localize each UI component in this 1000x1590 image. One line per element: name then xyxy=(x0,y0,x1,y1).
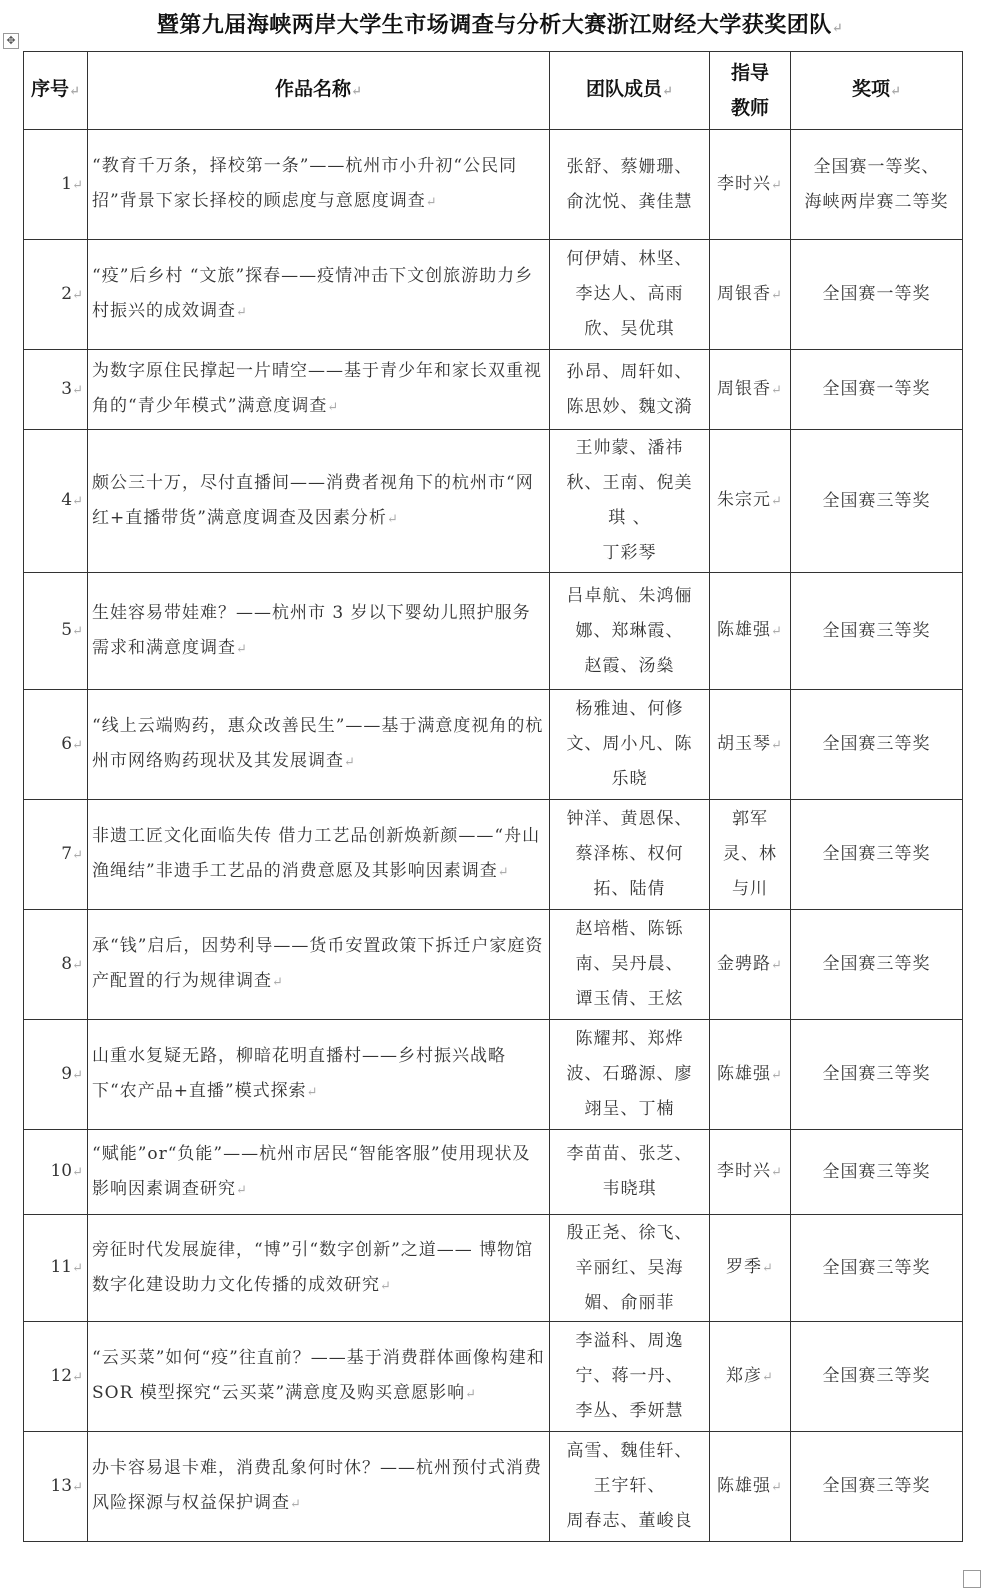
team-members-cell: 王帅蒙、潘祎秋、王南、倪美琪 、丁彩琴 xyxy=(550,430,710,573)
paragraph-mark-icon: ↵ xyxy=(72,1480,83,1495)
teacher-cell: 陈雄强↵ xyxy=(710,1020,791,1130)
award-cell: 全国赛三等奖 xyxy=(791,690,963,800)
teacher-cell: 郭军灵、林与川 xyxy=(710,800,791,910)
team-members-cell: 钟洋、黄恩保、蔡泽栋、权何拓、陆倩 xyxy=(550,800,710,910)
teacher-name: 周银香 xyxy=(717,284,771,304)
paragraph-mark-icon: ↵ xyxy=(236,642,248,657)
row-number: 6 xyxy=(61,734,72,754)
table-row: 1↵“教育千万条，择校第一条”——杭州市小升初“公民同招”背景下家长择校的顾虑度… xyxy=(24,130,963,240)
team-members-line: 吕卓航、朱鸿俪 xyxy=(554,579,705,614)
award-cell: 全国赛三等奖 xyxy=(791,910,963,1020)
header-members: 团队成员↵ xyxy=(550,52,710,130)
teacher-name: 陈雄强 xyxy=(717,620,771,640)
award-cell: 全国赛三等奖 xyxy=(791,1322,963,1432)
award-cell: 全国赛一等奖 xyxy=(791,350,963,430)
row-number: 11 xyxy=(50,1257,72,1277)
row-number: 9 xyxy=(61,1064,72,1084)
team-members-line: 媚、俞丽菲 xyxy=(554,1286,705,1321)
team-members-line: 李丛、季妍慧 xyxy=(554,1394,705,1429)
award-line: 全国赛三等奖 xyxy=(795,1251,958,1286)
document-title: 暨第九届海峡两岸大学生市场调查与分析大赛浙江财经大学获奖团队↵ xyxy=(0,8,1000,39)
teacher-name: 周银香 xyxy=(717,379,771,399)
teacher-name-line: 郭军 xyxy=(714,802,786,837)
paragraph-mark-icon: ↵ xyxy=(771,1165,783,1180)
paragraph-mark-icon: ↵ xyxy=(290,1497,302,1512)
row-number-cell: 3↵ xyxy=(24,350,88,430)
award-line: 全国赛一等奖、 xyxy=(795,150,958,185)
row-number-cell: 9↵ xyxy=(24,1020,88,1130)
row-number: 1 xyxy=(61,174,72,194)
row-number-cell: 12↵ xyxy=(24,1322,88,1432)
team-members-line: 俞沈悦、龚佳慧 xyxy=(554,185,705,220)
award-line: 海峡两岸赛二等奖 xyxy=(795,185,958,220)
team-members-line: 殷正尧、徐飞、 xyxy=(554,1216,705,1251)
award-cell: 全国赛一等奖 xyxy=(791,240,963,350)
work-title-cell: 承“钱”启后，因势利导——货币安置政策下拆迁户家庭资产配置的行为规律调查↵ xyxy=(88,910,550,1020)
row-number: 4 xyxy=(61,490,72,510)
row-number: 3 xyxy=(61,379,72,399)
row-number: 5 xyxy=(61,620,72,640)
team-members-line: 南、吴丹晨、 xyxy=(554,947,705,982)
awards-table: 序号↵ 作品名称↵ 团队成员↵ 指导教师 奖项↵ 1↵“教育千万条，择校第一条”… xyxy=(23,51,963,1542)
paragraph-mark-icon: ↵ xyxy=(387,512,399,527)
teacher-name-line: 与川 xyxy=(714,872,786,907)
row-number: 7 xyxy=(61,844,72,864)
paragraph-mark-icon: ↵ xyxy=(426,195,438,210)
team-members-line: 李达人、高雨 xyxy=(554,277,705,312)
work-title: 生娃容易带娃难？——杭州市 3 岁以下婴幼儿照护服务需求和满意度调查 xyxy=(92,603,531,658)
team-members-line: 琪 、 xyxy=(554,501,705,536)
team-members-line: 李溢科、周逸 xyxy=(554,1324,705,1359)
team-members-line: 蔡泽栋、权何 xyxy=(554,837,705,872)
table-row: 4↵颇公三十万，尽付直播间——消费者视角下的杭州市“网红+直播带货”满意度调查及… xyxy=(24,430,963,573)
work-title-cell: “教育千万条，择校第一条”——杭州市小升初“公民同招”背景下家长择校的顾虑度与意… xyxy=(88,130,550,240)
row-number-cell: 2↵ xyxy=(24,240,88,350)
paragraph-mark-icon: ↵ xyxy=(72,624,83,639)
table-row: 12↵“云买菜”如何“疫”往直前？——基于消费群体画像构建和 SOR 模型探究“… xyxy=(24,1322,963,1432)
teacher-name: 李时兴 xyxy=(717,174,771,194)
award-line: 全国赛三等奖 xyxy=(795,484,958,519)
paragraph-mark-icon: ↵ xyxy=(236,305,248,320)
row-number-cell: 7↵ xyxy=(24,800,88,910)
team-members-line: 谭玉倩、王炫 xyxy=(554,982,705,1017)
work-title-cell: 办卡容易退卡难，消费乱象何时休？——杭州预付式消费风险探源与权益保护调查↵ xyxy=(88,1432,550,1542)
teacher-cell: 罗季↵ xyxy=(710,1215,791,1322)
team-members-line: 丁彩琴 xyxy=(554,536,705,571)
header-no: 序号↵ xyxy=(24,52,88,130)
work-title: “赋能”or“负能”——杭州市居民“智能客服”使用现状及影响因素调查研究 xyxy=(92,1144,531,1199)
award-cell: 全国赛三等奖 xyxy=(791,1130,963,1215)
table-row: 13↵办卡容易退卡难，消费乱象何时休？——杭州预付式消费风险探源与权益保护调查↵… xyxy=(24,1432,963,1542)
paragraph-mark-icon: ↵ xyxy=(236,1183,248,1198)
document-title-text: 暨第九届海峡两岸大学生市场调查与分析大赛浙江财经大学获奖团队 xyxy=(157,12,832,38)
row-number: 12 xyxy=(50,1366,72,1386)
team-members-line: 文、周小凡、陈 xyxy=(554,727,705,762)
paragraph-mark-icon: ↵ xyxy=(771,288,783,303)
teacher-cell: 周银香↵ xyxy=(710,240,791,350)
teacher-cell: 郑彦↵ xyxy=(710,1322,791,1432)
paragraph-mark-icon: ↵ xyxy=(72,1261,83,1276)
teacher-cell: 李时兴↵ xyxy=(710,130,791,240)
work-title: 颇公三十万，尽付直播间——消费者视角下的杭州市“网红+直播带货”满意度调查及因素… xyxy=(92,473,534,528)
table-body: 1↵“教育千万条，择校第一条”——杭州市小升初“公民同招”背景下家长择校的顾虑度… xyxy=(24,130,963,1542)
paragraph-mark-icon: ↵ xyxy=(762,1370,774,1385)
paragraph-mark-icon: ↵ xyxy=(72,1165,83,1180)
table-row: 8↵承“钱”启后，因势利导——货币安置政策下拆迁户家庭资产配置的行为规律调查↵赵… xyxy=(24,910,963,1020)
teacher-cell: 胡玉琴↵ xyxy=(710,690,791,800)
work-title: 非遗工匠文化面临失传 借力工艺品创新焕新颜——“舟山渔绳结”非遗手工艺品的消费意… xyxy=(92,826,540,881)
row-number-cell: 1↵ xyxy=(24,130,88,240)
work-title: 承“钱”启后，因势利导——货币安置政策下拆迁户家庭资产配置的行为规律调查 xyxy=(92,936,543,991)
paragraph-mark-icon: ↵ xyxy=(344,755,356,770)
row-number: 2 xyxy=(61,284,72,304)
paragraph-mark-icon: ↵ xyxy=(771,494,783,509)
team-members-line: 高雪、魏佳轩、 xyxy=(554,1434,705,1469)
team-members-line: 宁、蒋一丹、 xyxy=(554,1359,705,1394)
paragraph-mark-icon: ↵ xyxy=(498,865,510,880)
paragraph-mark-icon: ↵ xyxy=(72,494,83,509)
table-row: 7↵非遗工匠文化面临失传 借力工艺品创新焕新颜——“舟山渔绳结”非遗手工艺品的消… xyxy=(24,800,963,910)
paragraph-mark-icon: ↵ xyxy=(771,178,783,193)
row-number-cell: 13↵ xyxy=(24,1432,88,1542)
work-title-cell: “云买菜”如何“疫”往直前？——基于消费群体画像构建和 SOR 模型探究“云买菜… xyxy=(88,1322,550,1432)
award-cell: 全国赛三等奖 xyxy=(791,573,963,690)
paragraph-mark-icon: ↵ xyxy=(72,1068,83,1083)
award-line: 全国赛三等奖 xyxy=(795,727,958,762)
paragraph-mark-icon: ↵ xyxy=(771,624,783,639)
paragraph-mark-icon: ↵ xyxy=(72,958,83,973)
team-members-line: 何伊婧、林坚、 xyxy=(554,242,705,277)
work-title: 山重水复疑无路，柳暗花明直播村——乡村振兴战略下“农产品+直播”模式探索 xyxy=(92,1046,506,1101)
paragraph-mark-icon: ↵ xyxy=(272,975,284,990)
teacher-name: 陈雄强 xyxy=(717,1476,771,1496)
team-members-line: 赵培楷、陈铄 xyxy=(554,912,705,947)
award-cell: 全国赛三等奖 xyxy=(791,1020,963,1130)
team-members-line: 王宇轩、 xyxy=(554,1469,705,1504)
award-line: 全国赛三等奖 xyxy=(795,1057,958,1092)
work-title: 办卡容易退卡难，消费乱象何时休？——杭州预付式消费风险探源与权益保护调查 xyxy=(92,1458,542,1513)
work-title-cell: 颇公三十万，尽付直播间——消费者视角下的杭州市“网红+直播带货”满意度调查及因素… xyxy=(88,430,550,573)
award-line: 全国赛三等奖 xyxy=(795,1359,958,1394)
team-members-cell: 殷正尧、徐飞、辛丽红、吴海媚、俞丽菲 xyxy=(550,1215,710,1322)
award-line: 全国赛一等奖 xyxy=(795,372,958,407)
work-title-cell: 为数字原住民撑起一片晴空——基于青少年和家长双重视角的“青少年模式”满意度调查↵ xyxy=(88,350,550,430)
teacher-name: 金骋路 xyxy=(717,954,771,974)
header-teacher: 指导教师 xyxy=(710,52,791,130)
award-line: 全国赛三等奖 xyxy=(795,614,958,649)
team-members-cell: 赵培楷、陈铄南、吴丹晨、谭玉倩、王炫 xyxy=(550,910,710,1020)
team-members-line: 杨雅迪、何修 xyxy=(554,692,705,727)
award-cell: 全国赛三等奖 xyxy=(791,1432,963,1542)
team-members-line: 乐晓 xyxy=(554,762,705,797)
teacher-cell: 朱宗元↵ xyxy=(710,430,791,573)
table-resize-handle[interactable] xyxy=(963,1570,981,1588)
teacher-name: 朱宗元 xyxy=(717,490,771,510)
paragraph-mark-icon: ↵ xyxy=(380,1279,392,1294)
row-number: 10 xyxy=(50,1161,72,1181)
award-line: 全国赛三等奖 xyxy=(795,1155,958,1190)
teacher-name: 胡玉琴 xyxy=(717,734,771,754)
team-members-line: 韦晓琪 xyxy=(554,1172,705,1207)
award-cell: 全国赛一等奖、海峡两岸赛二等奖 xyxy=(791,130,963,240)
table-header-row: 序号↵ 作品名称↵ 团队成员↵ 指导教师 奖项↵ xyxy=(24,52,963,130)
paragraph-mark-icon: ↵ xyxy=(327,400,339,415)
team-members-line: 陈耀邦、郑烨 xyxy=(554,1022,705,1057)
award-cell: 全国赛三等奖 xyxy=(791,800,963,910)
award-cell: 全国赛三等奖 xyxy=(791,1215,963,1322)
paragraph-mark-icon: ↵ xyxy=(771,1480,783,1495)
team-members-line: 钟洋、黄恩保、 xyxy=(554,802,705,837)
row-number-cell: 5↵ xyxy=(24,573,88,690)
team-members-line: 李苗苗、张芝、 xyxy=(554,1137,705,1172)
team-members-line: 周春志、董峻良 xyxy=(554,1504,705,1539)
team-members-line: 拓、陆倩 xyxy=(554,872,705,907)
paragraph-mark-icon: ↵ xyxy=(832,21,843,36)
teacher-name: 陈雄强 xyxy=(717,1064,771,1084)
row-number-cell: 10↵ xyxy=(24,1130,88,1215)
work-title-cell: 非遗工匠文化面临失传 借力工艺品创新焕新颜——“舟山渔绳结”非遗手工艺品的消费意… xyxy=(88,800,550,910)
paragraph-mark-icon: ↵ xyxy=(771,958,783,973)
teacher-cell: 金骋路↵ xyxy=(710,910,791,1020)
team-members-cell: 李溢科、周逸宁、蒋一丹、李丛、季妍慧 xyxy=(550,1322,710,1432)
paragraph-mark-icon: ↵ xyxy=(72,848,83,863)
teacher-name-line: 灵、林 xyxy=(714,837,786,872)
team-members-line: 翊呈、丁楠 xyxy=(554,1092,705,1127)
row-number-cell: 11↵ xyxy=(24,1215,88,1322)
paragraph-mark-icon: ↵ xyxy=(72,738,83,753)
paragraph-mark-icon: ↵ xyxy=(771,1068,783,1083)
table-row: 5↵生娃容易带娃难？——杭州市 3 岁以下婴幼儿照护服务需求和满意度调查↵吕卓航… xyxy=(24,573,963,690)
work-title-cell: “疫”后乡村 “文旅”探春——疫情冲击下文创旅游助力乡村振兴的成效调查↵ xyxy=(88,240,550,350)
team-members-cell: 高雪、魏佳轩、王宇轩、周春志、董峻良 xyxy=(550,1432,710,1542)
row-number: 8 xyxy=(61,954,72,974)
team-members-line: 赵霞、汤燊 xyxy=(554,649,705,684)
paragraph-mark-icon: ↵ xyxy=(307,1085,319,1100)
team-members-cell: 孙昂、周轩如、陈思妙、魏文漪 xyxy=(550,350,710,430)
paragraph-mark-icon: ↵ xyxy=(72,383,83,398)
team-members-line: 秋、王南、倪美 xyxy=(554,466,705,501)
work-title-cell: 山重水复疑无路，柳暗花明直播村——乡村振兴战略下“农产品+直播”模式探索↵ xyxy=(88,1020,550,1130)
team-members-line: 王帅蒙、潘祎 xyxy=(554,431,705,466)
work-title-cell: 旁征时代发展旋律，“博”引“数字创新”之道—— 博物馆数字化建设助力文化传播的成… xyxy=(88,1215,550,1322)
team-members-line: 波、石璐源、廖 xyxy=(554,1057,705,1092)
table-row: 3↵为数字原住民撑起一片晴空——基于青少年和家长双重视角的“青少年模式”满意度调… xyxy=(24,350,963,430)
work-title: “疫”后乡村 “文旅”探春——疫情冲击下文创旅游助力乡村振兴的成效调查 xyxy=(92,266,533,321)
team-members-cell: 张舒、蔡姗珊、俞沈悦、龚佳慧 xyxy=(550,130,710,240)
work-title: 为数字原住民撑起一片晴空——基于青少年和家长双重视角的“青少年模式”满意度调查 xyxy=(92,361,542,416)
work-title: “线上云端购药，惠众改善民生”——基于满意度视角的杭州市网络购药现状及其发展调查 xyxy=(92,716,543,771)
team-members-cell: 何伊婧、林坚、李达人、高雨欣、吴优琪 xyxy=(550,240,710,350)
paragraph-mark-icon: ↵ xyxy=(771,383,783,398)
teacher-cell: 陈雄强↵ xyxy=(710,573,791,690)
table-row: 11↵旁征时代发展旋律，“博”引“数字创新”之道—— 博物馆数字化建设助力文化传… xyxy=(24,1215,963,1322)
table-row: 2↵“疫”后乡村 “文旅”探春——疫情冲击下文创旅游助力乡村振兴的成效调查↵何伊… xyxy=(24,240,963,350)
work-title-cell: “线上云端购药，惠众改善民生”——基于满意度视角的杭州市网络购药现状及其发展调查… xyxy=(88,690,550,800)
row-number-cell: 4↵ xyxy=(24,430,88,573)
team-members-line: 欣、吴优琪 xyxy=(554,312,705,347)
teacher-cell: 李时兴↵ xyxy=(710,1130,791,1215)
paragraph-mark-icon: ↵ xyxy=(771,738,783,753)
award-line: 全国赛一等奖 xyxy=(795,277,958,312)
work-title-cell: 生娃容易带娃难？——杭州市 3 岁以下婴幼儿照护服务需求和满意度调查↵ xyxy=(88,573,550,690)
team-members-line: 娜、郑琳霞、 xyxy=(554,614,705,649)
teacher-cell: 周银香↵ xyxy=(710,350,791,430)
team-members-cell: 李苗苗、张芝、韦晓琪 xyxy=(550,1130,710,1215)
work-title: 旁征时代发展旋律，“博”引“数字创新”之道—— 博物馆数字化建设助力文化传播的成… xyxy=(92,1240,533,1295)
award-line: 全国赛三等奖 xyxy=(795,947,958,982)
team-members-cell: 吕卓航、朱鸿俪娜、郑琳霞、赵霞、汤燊 xyxy=(550,573,710,690)
header-title: 作品名称↵ xyxy=(88,52,550,130)
team-members-line: 孙昂、周轩如、 xyxy=(554,355,705,390)
paragraph-mark-icon: ↵ xyxy=(72,178,83,193)
paragraph-mark-icon: ↵ xyxy=(762,1261,774,1276)
work-title-cell: “赋能”or“负能”——杭州市居民“智能客服”使用现状及影响因素调查研究↵ xyxy=(88,1130,550,1215)
table-row: 6↵“线上云端购药，惠众改善民生”——基于满意度视角的杭州市网络购药现状及其发展… xyxy=(24,690,963,800)
teacher-name: 李时兴 xyxy=(717,1161,771,1181)
team-members-line: 辛丽红、吴海 xyxy=(554,1251,705,1286)
award-cell: 全国赛三等奖 xyxy=(791,430,963,573)
table-row: 9↵山重水复疑无路，柳暗花明直播村——乡村振兴战略下“农产品+直播”模式探索↵陈… xyxy=(24,1020,963,1130)
teacher-name: 郑彦 xyxy=(726,1366,762,1386)
award-line: 全国赛三等奖 xyxy=(795,837,958,872)
row-number: 13 xyxy=(50,1476,72,1496)
teacher-name: 罗季 xyxy=(726,1257,762,1277)
table-move-handle-icon[interactable]: ✥ xyxy=(3,33,19,49)
team-members-line: 张舒、蔡姗珊、 xyxy=(554,150,705,185)
team-members-cell: 杨雅迪、何修文、周小凡、陈乐晓 xyxy=(550,690,710,800)
team-members-line: 陈思妙、魏文漪 xyxy=(554,390,705,425)
team-members-cell: 陈耀邦、郑烨波、石璐源、廖翊呈、丁楠 xyxy=(550,1020,710,1130)
row-number-cell: 6↵ xyxy=(24,690,88,800)
work-title: “教育千万条，择校第一条”——杭州市小升初“公民同招”背景下家长择校的顾虑度与意… xyxy=(92,156,517,211)
row-number-cell: 8↵ xyxy=(24,910,88,1020)
paragraph-mark-icon: ↵ xyxy=(72,1370,83,1385)
teacher-cell: 陈雄强↵ xyxy=(710,1432,791,1542)
paragraph-mark-icon: ↵ xyxy=(72,288,83,303)
header-award: 奖项↵ xyxy=(791,52,963,130)
paragraph-mark-icon: ↵ xyxy=(465,1387,477,1402)
award-line: 全国赛三等奖 xyxy=(795,1469,958,1504)
table-row: 10↵“赋能”or“负能”——杭州市居民“智能客服”使用现状及影响因素调查研究↵… xyxy=(24,1130,963,1215)
